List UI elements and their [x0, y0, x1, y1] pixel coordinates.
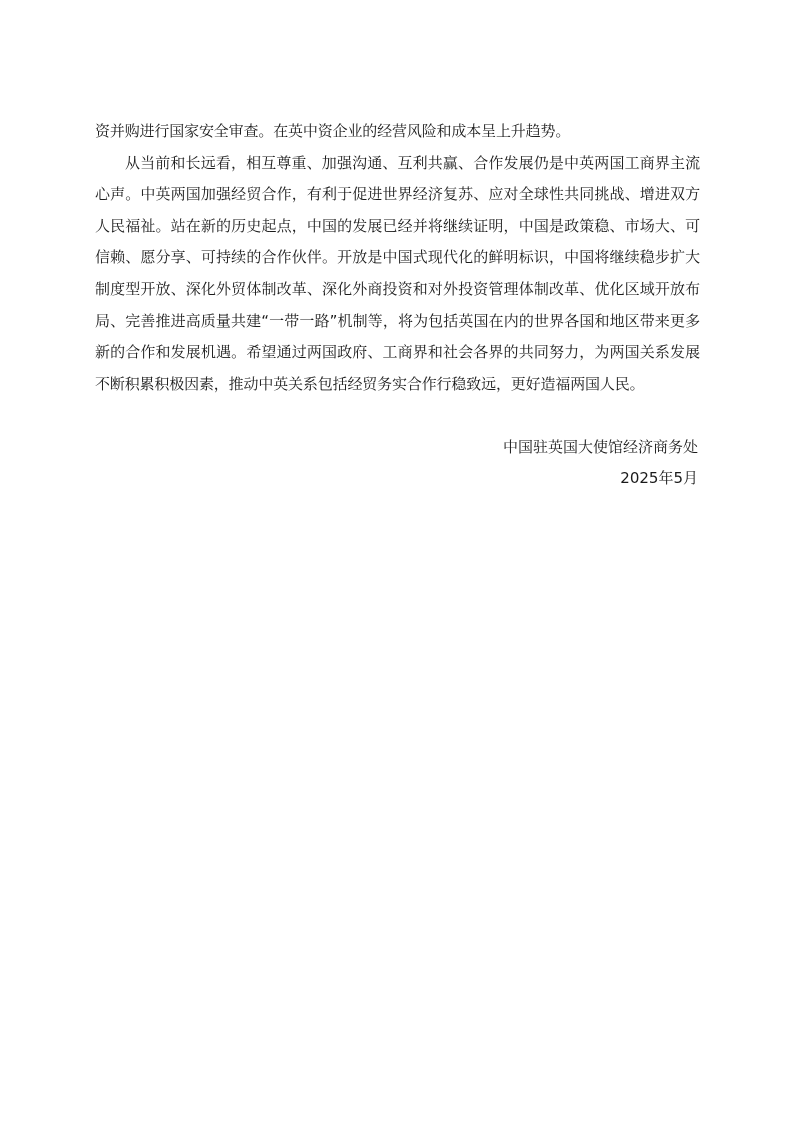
paragraph-continuation: 资并购进行国家安全审查。在英中资企业的经营风险和成本呈上升趋势。 [95, 116, 700, 148]
paragraph-outlook: 从当前和长远看，相互尊重、加强沟通、互利共赢、合作发展仍是中英两国工商界主流心声… [95, 148, 700, 401]
signature-organization: 中国驻英国大使馆经济商务处 [503, 437, 698, 457]
signature-date: 2025年5月 [620, 468, 698, 488]
document-body: 资并购进行国家安全审查。在英中资企业的经营风险和成本呈上升趋势。 从当前和长远看… [95, 116, 700, 400]
